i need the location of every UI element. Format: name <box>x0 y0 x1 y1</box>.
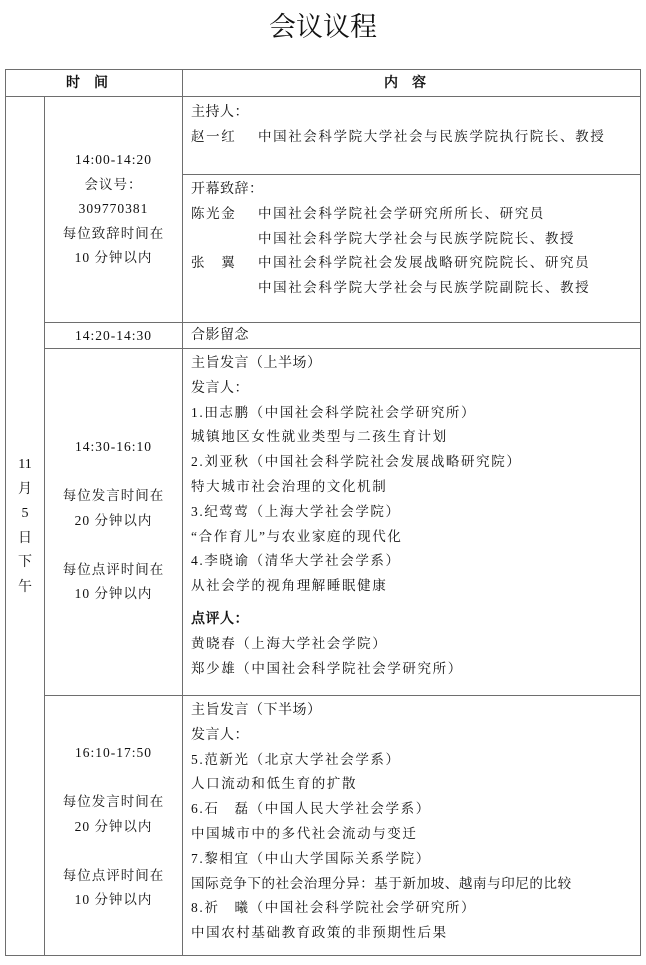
time-note: 每位发言时间在 <box>45 790 182 815</box>
time-range: 14:00-14:20 <box>45 148 182 173</box>
time-note: 10 分钟以内 <box>45 246 182 271</box>
time-note: 每位致辞时间在 <box>45 222 182 247</box>
time-note: 10 分钟以内 <box>45 582 182 607</box>
opening-heading: 开幕致辞： <box>191 177 590 202</box>
spacer <box>45 460 182 485</box>
photo-session: 合影留念 <box>186 323 249 348</box>
speaker: 2.刘亚秋（中国社会科学院社会发展战略研究院） <box>191 450 521 475</box>
person-row: 中国社会科学院大学社会与民族学院副院长、教授 <box>191 276 590 301</box>
time-range: 16:10-17:50 <box>45 741 182 766</box>
speaker: 3.纪莺莺（上海大学社会学院） <box>191 500 521 525</box>
person-name: 张 翼 <box>191 251 258 276</box>
spacer <box>45 766 182 791</box>
person-row: 赵一红 中国社会科学院大学社会与民族学院执行院长、教授 <box>191 125 605 150</box>
speaker: 4.李晓谕（清华大学社会学系） <box>191 549 521 574</box>
time-note: 每位点评时间在 <box>45 558 182 583</box>
divider <box>6 96 640 97</box>
speakers-label: 发言人： <box>191 723 572 748</box>
meeting-id-label: 会议号： <box>45 173 182 198</box>
person-role: 中国社会科学院大学社会与民族学院执行院长、教授 <box>258 125 605 150</box>
speech-topic: 从社会学的视角理解睡眠健康 <box>191 574 521 599</box>
date-part: 11 <box>6 453 44 478</box>
person-role: 中国社会科学院大学社会与民族学院院长、教授 <box>258 227 575 252</box>
person-name: 陈光金 <box>191 202 258 227</box>
date-part: 日 <box>6 527 44 552</box>
divider <box>44 348 640 349</box>
spacer <box>45 533 182 558</box>
time-note: 每位发言时间在 <box>45 484 182 509</box>
reviewer: 黄晓春（上海大学社会学院） <box>191 632 521 657</box>
divider <box>182 70 183 955</box>
agenda-table: 时间 内容 11 月 5 日 下 午 14:00-14:20 会议号： 3097… <box>5 69 641 956</box>
date-part: 午 <box>6 576 44 601</box>
date-label: 11 月 5 日 下 午 <box>6 453 44 600</box>
speech-topic: 人口流动和低生育的扩散 <box>191 772 572 797</box>
speech-topic: 国际竞争下的社会治理分异：基于新加坡、越南与印尼的比较 <box>191 872 572 897</box>
person-role: 中国社会科学院社会学研究所所长、研究员 <box>258 202 545 227</box>
speaker: 8.祈 曦（中国社会科学院社会学研究所） <box>191 896 572 921</box>
speakers-label: 发言人： <box>191 376 521 401</box>
reviewers-label: 点评人： <box>191 607 521 632</box>
spacer <box>191 599 521 607</box>
speaker: 1.田志鹏（中国社会科学院社会学研究所） <box>191 401 521 426</box>
keynote-heading: 主旨发言（下半场） <box>191 698 572 723</box>
opening-speech-block: 开幕致辞： 陈光金 中国社会科学院社会学研究所所长、研究员 中国社会科学院大学社… <box>186 177 590 301</box>
speech-topic: 中国农村基础教育政策的非预期性后果 <box>191 921 572 946</box>
speech-topic: “合作育儿”与农业家庭的现代化 <box>191 525 521 550</box>
date-part: 5 <box>6 502 44 527</box>
session-1-time: 14:00-14:20 会议号： 309770381 每位致辞时间在 10 分钟… <box>45 148 182 271</box>
time-note: 每位点评时间在 <box>45 864 182 889</box>
speaker: 7.黎相宜（中山大学国际关系学院） <box>191 847 572 872</box>
person-row: 陈光金 中国社会科学院社会学研究所所长、研究员 <box>191 202 590 227</box>
meeting-id: 309770381 <box>45 197 182 222</box>
header-content: 内容 <box>183 70 641 96</box>
session-4-time: 16:10-17:50 每位发言时间在 20 分钟以内 每位点评时间在 10 分… <box>45 741 182 913</box>
person-name: 赵一红 <box>191 125 258 150</box>
speech-topic: 特大城市社会治理的文化机制 <box>191 475 521 500</box>
keynote-second-half: 主旨发言（下半场） 发言人： 5.范新光（北京大学社会学系） 人口流动和低生育的… <box>186 698 572 946</box>
date-part: 下 <box>6 551 44 576</box>
keynote-heading: 主旨发言（上半场） <box>191 351 521 376</box>
time-note: 10 分钟以内 <box>45 888 182 913</box>
speech-topic: 城镇地区女性就业类型与二孩生育计划 <box>191 425 521 450</box>
photo-heading: 合影留念 <box>191 323 249 348</box>
session-2-time: 14:20-14:30 <box>45 323 182 348</box>
date-part: 月 <box>6 478 44 503</box>
keynote-first-half: 主旨发言（上半场） 发言人： 1.田志鹏（中国社会科学院社会学研究所） 城镇地区… <box>186 351 521 681</box>
spacer <box>191 276 258 301</box>
speaker: 6.石 磊（中国人民大学社会学系） <box>191 797 572 822</box>
host-heading: 主持人： <box>191 100 605 125</box>
person-row: 张 翼 中国社会科学院社会发展战略研究院院长、研究员 <box>191 251 590 276</box>
spacer <box>191 227 258 252</box>
person-role: 中国社会科学院大学社会与民族学院副院长、教授 <box>258 276 590 301</box>
reviewer: 郑少雄（中国社会科学院社会学研究所） <box>191 657 521 682</box>
person-row: 中国社会科学院大学社会与民族学院院长、教授 <box>191 227 590 252</box>
person-role: 中国社会科学院社会发展战略研究院院长、研究员 <box>258 251 590 276</box>
host-block: 主持人： 赵一红 中国社会科学院大学社会与民族学院执行院长、教授 <box>186 100 605 150</box>
session-3-time: 14:30-16:10 每位发言时间在 20 分钟以内 每位点评时间在 10 分… <box>45 435 182 607</box>
time-range: 14:30-16:10 <box>45 435 182 460</box>
header-time: 时间 <box>6 70 182 96</box>
divider <box>183 174 640 175</box>
time-note: 20 分钟以内 <box>45 509 182 534</box>
time-note: 20 分钟以内 <box>45 815 182 840</box>
speech-topic: 中国城市中的多代社会流动与变迁 <box>191 822 572 847</box>
page-title: 会议议程 <box>0 8 646 48</box>
speaker: 5.范新光（北京大学社会学系） <box>191 748 572 773</box>
spacer <box>45 839 182 864</box>
divider <box>44 695 640 696</box>
